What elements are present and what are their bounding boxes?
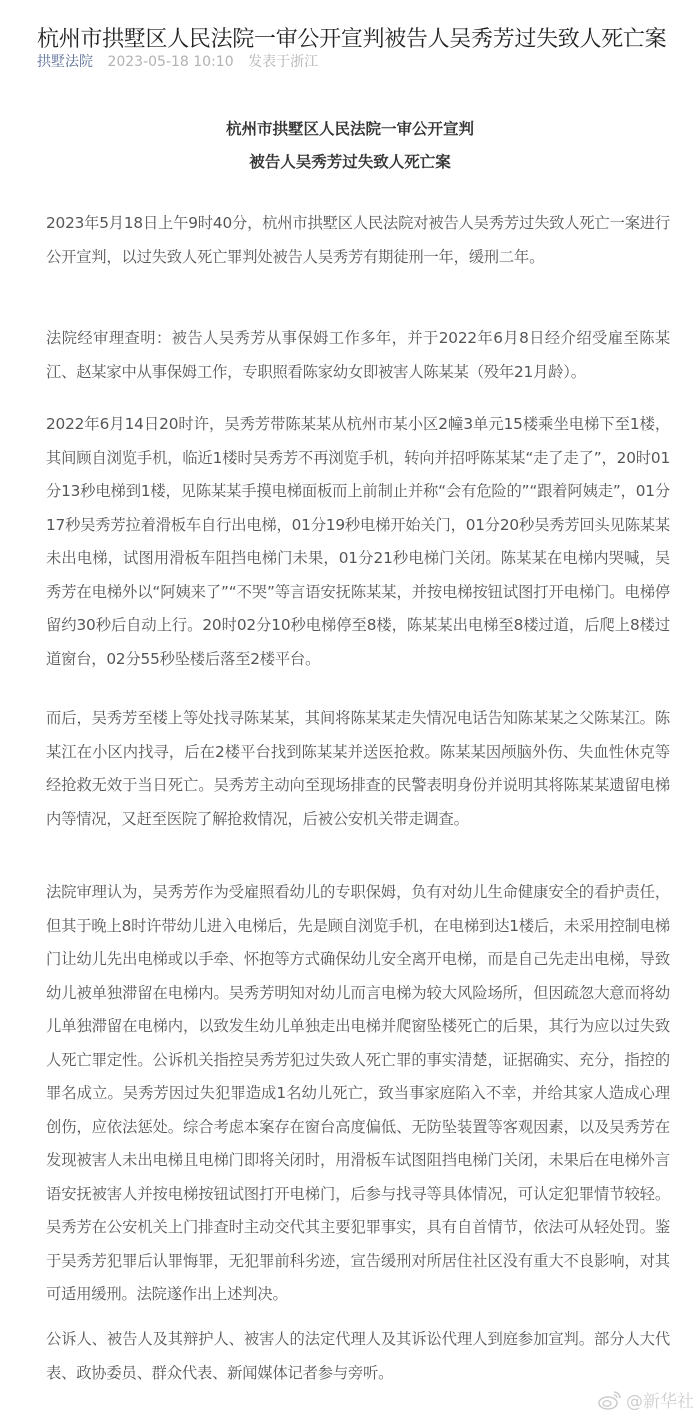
- watermark-text: @新华社: [626, 1387, 694, 1412]
- paragraph-court-reasoning: 法院审理认为，吴秀芳作为受雇照看幼儿的专职保姆，负有对幼儿生命健康安全的看护责任…: [46, 876, 670, 1312]
- watermark: @新华社: [598, 1387, 694, 1412]
- source-account-link[interactable]: 拱墅法院: [37, 54, 93, 70]
- paragraph-verdict: 2023年5月18日上午9时40分，杭州市拱墅区人民法院对被告人吴秀芳过失致人死…: [46, 207, 670, 274]
- paragraph-facts-employment: 法院经审理查明：被告人吴秀芳从事保姆工作多年，并于2022年6月8日经介绍受雇至…: [46, 322, 670, 389]
- subtitle-line-2: 被告人吴秀芳过失致人死亡案: [0, 151, 700, 173]
- publish-time: 2023-05-18 10:10: [107, 54, 233, 70]
- article-title: 杭州市拱墅区人民法院一审公开宣判被告人吴秀芳过失致人死亡案: [37, 25, 677, 55]
- paragraph-attendees: 公诉人、被告人及其辩护人、被害人的法定代理人及其诉讼代理人到庭参加宣判。部分人大…: [46, 1323, 670, 1390]
- paragraph-aftermath: 而后，吴秀芳至楼上等处找寻陈某某，其间将陈某某走失情况电话告知陈某某之父陈某江。…: [46, 702, 670, 836]
- weibo-icon: [598, 1390, 622, 1410]
- paragraph-facts-incident: 2022年6月14日20时许，吴秀芳带陈某某从杭州市某小区2幢3单元15楼乘坐电…: [46, 408, 670, 676]
- publish-location: 发表于浙江: [248, 54, 318, 70]
- article-meta: 拱墅法院 2023-05-18 10:10 发表于浙江: [37, 52, 318, 72]
- subtitle-line-1: 杭州市拱墅区人民法院一审公开宣判: [0, 118, 700, 140]
